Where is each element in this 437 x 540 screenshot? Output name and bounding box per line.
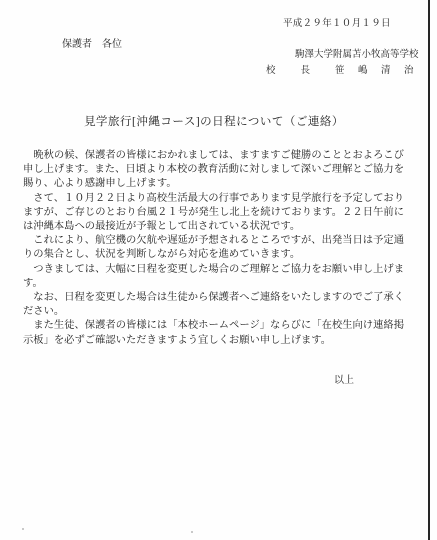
sender-school-name: 駒澤大学附属苫小牧高等学校 — [295, 46, 419, 60]
letter-date: 平成２９年１０月１９日 — [283, 15, 391, 29]
scan-speck — [191, 531, 193, 533]
scan-edge-line — [428, 0, 430, 540]
letter-paragraph: これにより、航空機の欠航や遅延が予想されるところですが、出発当日は予定通りの集合… — [23, 234, 404, 262]
letter-body: 晩秋の候、保護者の皆様におかれましては、ますますご健勝のこととおよろこび申し上げ… — [23, 149, 404, 348]
letter-paragraph: さて、１０月２２日より高校生活最大の行事であります見学旅行を予定しておりますが、… — [23, 192, 404, 235]
letter-title: 見学旅行[沖縄コース]の日程について（ご連絡） — [0, 113, 428, 129]
letter-paragraph: なお、日程を変更した場合は生徒から保護者へご連絡をいたしますのでご了承ください。 — [23, 291, 404, 319]
letter-paragraph: また生徒、保護者の皆様には「本校ホームページ」ならびに「在校生向け連絡掲示板」を… — [23, 319, 404, 347]
sender-principal-name: 校 長 笹 嶋 清 治 — [266, 62, 416, 76]
letter-recipient: 保護者 各位 — [62, 35, 122, 50]
scan-speck — [22, 528, 24, 530]
scanned-letter-page: 平成２９年１０月１９日 保護者 各位 駒澤大学附属苫小牧高等学校 校 長 笹 嶋… — [0, 0, 437, 540]
letter-paragraph: 晩秋の候、保護者の皆様におかれましては、ますますご健勝のこととおよろこび申し上げ… — [23, 149, 404, 192]
letter-closing: 以上 — [334, 371, 354, 386]
letter-paragraph: つきましては、大幅に日程を変更した場合のご理解とご協力をお願い申し上げます。 — [23, 263, 404, 291]
